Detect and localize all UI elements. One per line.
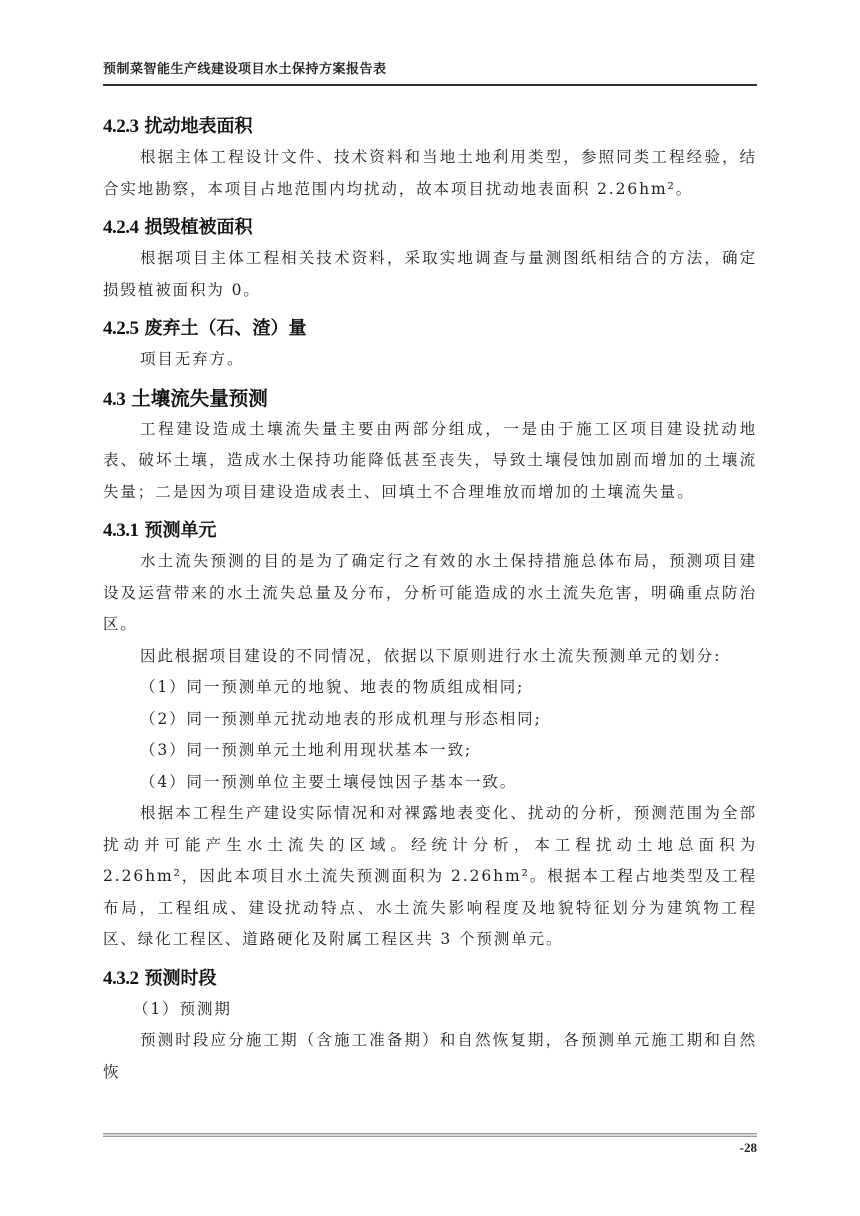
section-heading-4-3-2: 4.3.2预测时段 xyxy=(103,964,757,994)
section-number: 4.3.2 xyxy=(103,968,139,989)
section-heading-4-2-3: 4.2.3扰动地表面积 xyxy=(103,112,757,142)
paragraph: 根据项目主体工程相关技术资料，采取实地调查与量测图纸相结合的方法，确定损毁植被面… xyxy=(103,243,757,306)
paragraph: 预测时段应分施工期（含施工准备期）和自然恢复期，各预测单元施工期和自然恢 xyxy=(103,1025,757,1088)
section-title: 土壤流失量预测 xyxy=(131,387,268,410)
section-number: 4.3 xyxy=(103,389,125,410)
section-title: 损毁植被面积 xyxy=(145,217,253,238)
sub-item-label: （1）预测期 xyxy=(103,994,757,1026)
section-title: 预测单元 xyxy=(145,520,217,541)
page-content: 4.2.3扰动地表面积 根据主体工程设计文件、技术资料和当地土地利用类型，参照同… xyxy=(103,108,757,1088)
page-number: -28 xyxy=(740,1140,757,1156)
document-page: 预制菜智能生产线建设项目水土保持方案报告表 4.2.3扰动地表面积 根据主体工程… xyxy=(0,0,860,1216)
principle-item: （2）同一预测单元扰动地表的形成机理与形态相同; xyxy=(103,704,757,736)
principle-item: （4）同一预测单位主要土壤侵蚀因子基本一致。 xyxy=(103,767,757,799)
paragraph: 根据本工程生产建设实际情况和对裸露地表变化、扰动的分析，预测范围为全部扰动并可能… xyxy=(103,798,757,956)
paragraph: 工程建设造成土壤流失量主要由两部分组成，一是由于施工区项目建设扰动地表、破坏土壤… xyxy=(103,414,757,509)
section-number: 4.2.3 xyxy=(103,116,139,137)
paragraph: 根据主体工程设计文件、技术资料和当地土地利用类型，参照同类工程经验，结合实地勘察… xyxy=(103,142,757,205)
section-title: 废弃土（石、渣）量 xyxy=(145,318,307,339)
footer-rule xyxy=(103,1133,757,1137)
section-heading-4-2-5: 4.2.5废弃土（石、渣）量 xyxy=(103,314,757,344)
section-title: 预测时段 xyxy=(145,968,217,989)
principle-item: （1）同一预测单元的地貌、地表的物质组成相同; xyxy=(103,672,757,704)
paragraph: 项目无弃方。 xyxy=(103,344,757,376)
header-rule xyxy=(103,84,757,86)
section-title: 扰动地表面积 xyxy=(145,116,253,137)
paragraph: 因此根据项目建设的不同情况，依据以下原则进行水土流失预测单元的划分: xyxy=(103,641,757,673)
running-header: 预制菜智能生产线建设项目水土保持方案报告表 xyxy=(103,62,757,78)
principle-item: （3）同一预测单元土地利用现状基本一致; xyxy=(103,735,757,767)
section-heading-4-2-4: 4.2.4损毁植被面积 xyxy=(103,213,757,243)
section-number: 4.2.4 xyxy=(103,217,139,238)
section-number: 4.3.1 xyxy=(103,520,139,541)
section-number: 4.2.5 xyxy=(103,318,139,339)
paragraph: 水土流失预测的目的是为了确定行之有效的水土保持措施总体布局，预测项目建设及运营带… xyxy=(103,546,757,641)
section-heading-4-3-1: 4.3.1预测单元 xyxy=(103,516,757,546)
section-heading-4-3: 4.3土壤流失量预测 xyxy=(103,384,757,414)
